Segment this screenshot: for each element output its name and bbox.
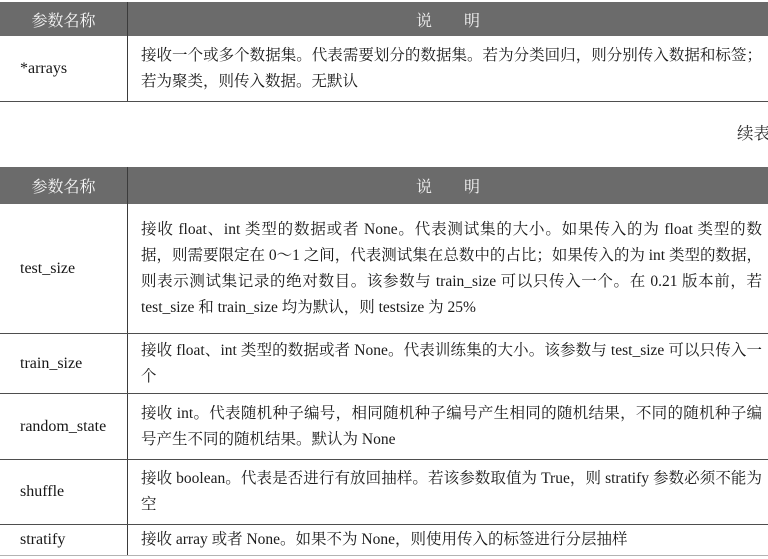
param-desc-train-size: 接收 float、int 类型的数据或者 None。代表训练集的大小。该参数与 … <box>141 338 762 390</box>
table1-header-row: 参数名称 说 明 <box>0 2 768 36</box>
params-table-first: 参数名称 说 明 *arrays 接收一个或多个数据集。代表需要划分的数据集。若… <box>0 2 768 102</box>
param-name-arrays: *arrays <box>0 36 127 101</box>
table1-col-header-description: 说 明 <box>127 2 768 36</box>
param-desc-test-size-cell: 接收 float、int 类型的数据或者 None。代表测试集的大小。如果传入的… <box>127 204 768 333</box>
table2-col-header-description: 说 明 <box>127 167 768 204</box>
param-desc-test-size: 接收 float、int 类型的数据或者 None。代表测试集的大小。如果传入的… <box>141 217 762 321</box>
param-name-shuffle: shuffle <box>0 460 127 524</box>
param-name-train-size: train_size <box>0 334 127 393</box>
param-desc-arrays: 接收一个或多个数据集。代表需要划分的数据集。若为分类回归，则分别传入数据和标签；… <box>141 43 762 95</box>
param-desc-arrays-cell: 接收一个或多个数据集。代表需要划分的数据集。若为分类回归，则分别传入数据和标签；… <box>127 36 768 101</box>
params-table-continued: 参数名称 说 明 test_size 接收 float、int 类型的数据或者 … <box>0 167 768 556</box>
table-gap: 续表 <box>0 102 768 167</box>
param-desc-random-state-cell: 接收 int。代表随机种子编号，相同随机种子编号产生相同的随机结果，不同的随机种… <box>127 394 768 459</box>
table2-col-header-param-name: 参数名称 <box>0 167 127 204</box>
table1-col-header-param-name: 参数名称 <box>0 2 127 36</box>
table-row-random-state: random_state 接收 int。代表随机种子编号，相同随机种子编号产生相… <box>0 394 768 460</box>
param-desc-train-size-cell: 接收 float、int 类型的数据或者 None。代表训练集的大小。该参数与 … <box>127 334 768 393</box>
param-name-test-size: test_size <box>0 204 127 333</box>
param-name-stratify: stratify <box>0 525 127 555</box>
continued-table-label: 续表 <box>737 120 768 144</box>
param-name-random-state: random_state <box>0 394 127 459</box>
param-desc-stratify-cell: 接收 array 或者 None。如果不为 None，则使用传入的标签进行分层抽… <box>127 525 768 555</box>
param-desc-stratify: 接收 array 或者 None。如果不为 None，则使用传入的标签进行分层抽… <box>141 527 762 553</box>
table-row-test-size: test_size 接收 float、int 类型的数据或者 None。代表测试… <box>0 204 768 334</box>
table-row-shuffle: shuffle 接收 boolean。代表是否进行有放回抽样。若该参数取值为 T… <box>0 460 768 525</box>
param-desc-shuffle-cell: 接收 boolean。代表是否进行有放回抽样。若该参数取值为 True，则 st… <box>127 460 768 524</box>
param-desc-shuffle: 接收 boolean。代表是否进行有放回抽样。若该参数取值为 True，则 st… <box>141 466 762 518</box>
book-page: 参数名称 说 明 *arrays 接收一个或多个数据集。代表需要划分的数据集。若… <box>0 0 768 559</box>
table-row-arrays: *arrays 接收一个或多个数据集。代表需要划分的数据集。若为分类回归，则分别… <box>0 36 768 102</box>
table-row-train-size: train_size 接收 float、int 类型的数据或者 None。代表训… <box>0 334 768 394</box>
table-row-stratify: stratify 接收 array 或者 None。如果不为 None，则使用传… <box>0 525 768 556</box>
param-desc-random-state: 接收 int。代表随机种子编号，相同随机种子编号产生相同的随机结果，不同的随机种… <box>141 401 762 453</box>
table2-header-row: 参数名称 说 明 <box>0 167 768 204</box>
